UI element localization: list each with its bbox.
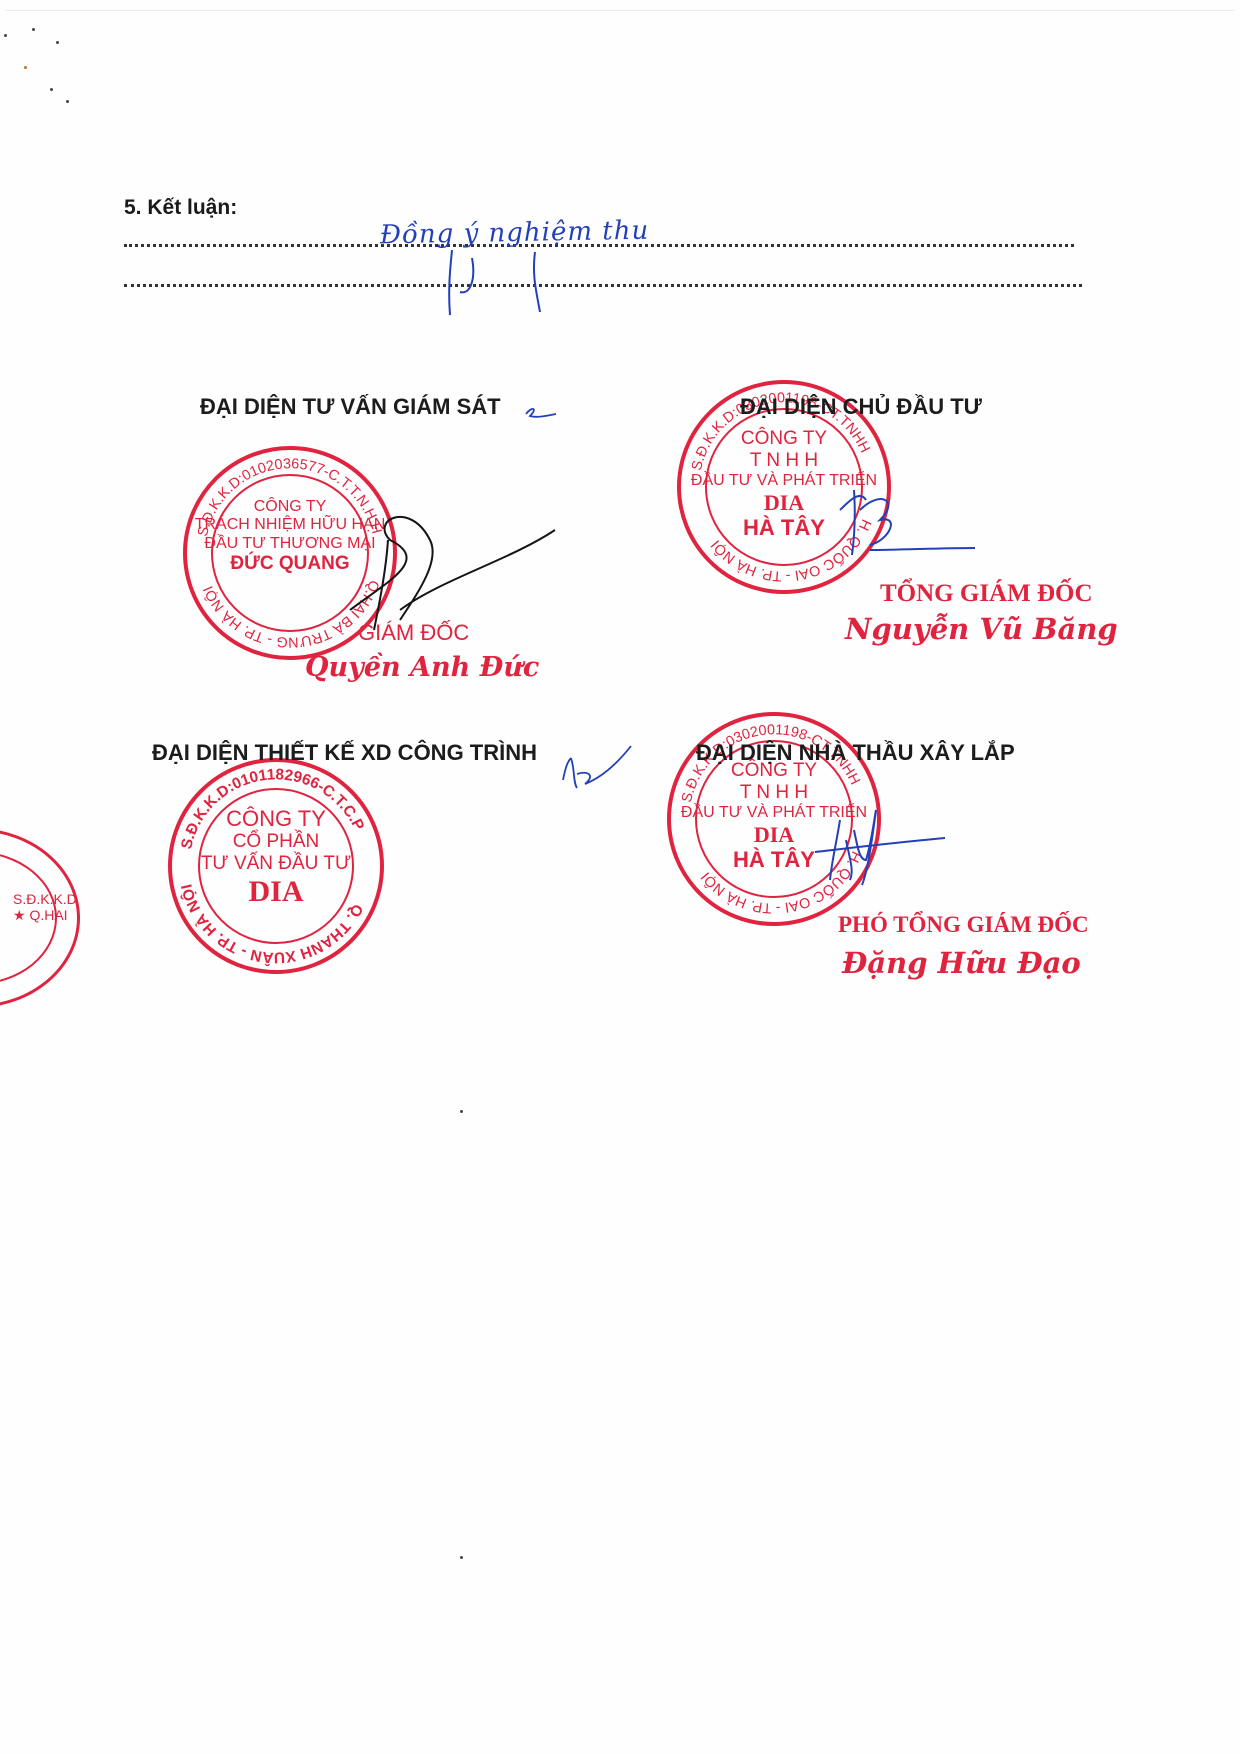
section-title-investor: ĐẠI DIỆN CHỦ ĐẦU TƯ	[740, 394, 982, 420]
handwriting-descender	[440, 240, 560, 320]
scan-speck	[460, 1110, 463, 1113]
svg-text:Q.HAI BÀ TRƯNG - TP. HÀ NỘI: Q.HAI BÀ TRƯNG - TP. HÀ NỘI	[201, 578, 382, 650]
signer-name: Đặng Hữu Đạo	[842, 946, 1081, 980]
scan-edge-line	[5, 10, 1235, 11]
scan-speck	[50, 88, 53, 91]
partial-stamp-fragment: S.Đ.K.K.D ★ Q.HAI	[0, 828, 80, 1008]
section-heading: 5. Kết luận:	[124, 196, 237, 220]
dotted-line	[124, 284, 1082, 287]
scan-speck	[56, 41, 59, 44]
section-title-contractor: ĐẠI DIỆN NHÀ THẦU XÂY LẮP	[696, 740, 1015, 766]
role-label: PHÓ TỔNG GIÁM ĐỐC	[838, 912, 1089, 938]
scan-speck	[4, 34, 7, 37]
role-label: GIÁM ĐỐC	[358, 620, 469, 646]
document-page: 5. Kết luận: Đồng ý nghiệm thu ĐẠI DIỆN …	[0, 0, 1240, 1754]
section-title-supervision: ĐẠI DIỆN TƯ VẤN GIÁM SÁT	[200, 394, 501, 420]
company-stamp-dia-consulting: S.Đ.K.K.D:0101182966-C.T.C.P Q. THANH XU…	[168, 758, 384, 974]
section-title-design: ĐẠI DIỆN THIẾT KẾ XD CÔNG TRÌNH	[152, 740, 537, 766]
scan-speck	[24, 66, 27, 69]
handwritten-conclusion: Đồng ý nghiệm thu	[380, 216, 650, 251]
role-label: TỔNG GIÁM ĐỐC	[880, 580, 1093, 608]
initials-signature	[522, 404, 562, 426]
signer-name: Nguyễn Vũ Băng	[845, 612, 1118, 646]
scan-speck	[32, 28, 35, 31]
scan-speck	[460, 1556, 463, 1559]
initials-signature	[555, 740, 635, 800]
signer-name: Quyền Anh Đức	[305, 652, 539, 683]
scan-speck	[66, 100, 69, 103]
